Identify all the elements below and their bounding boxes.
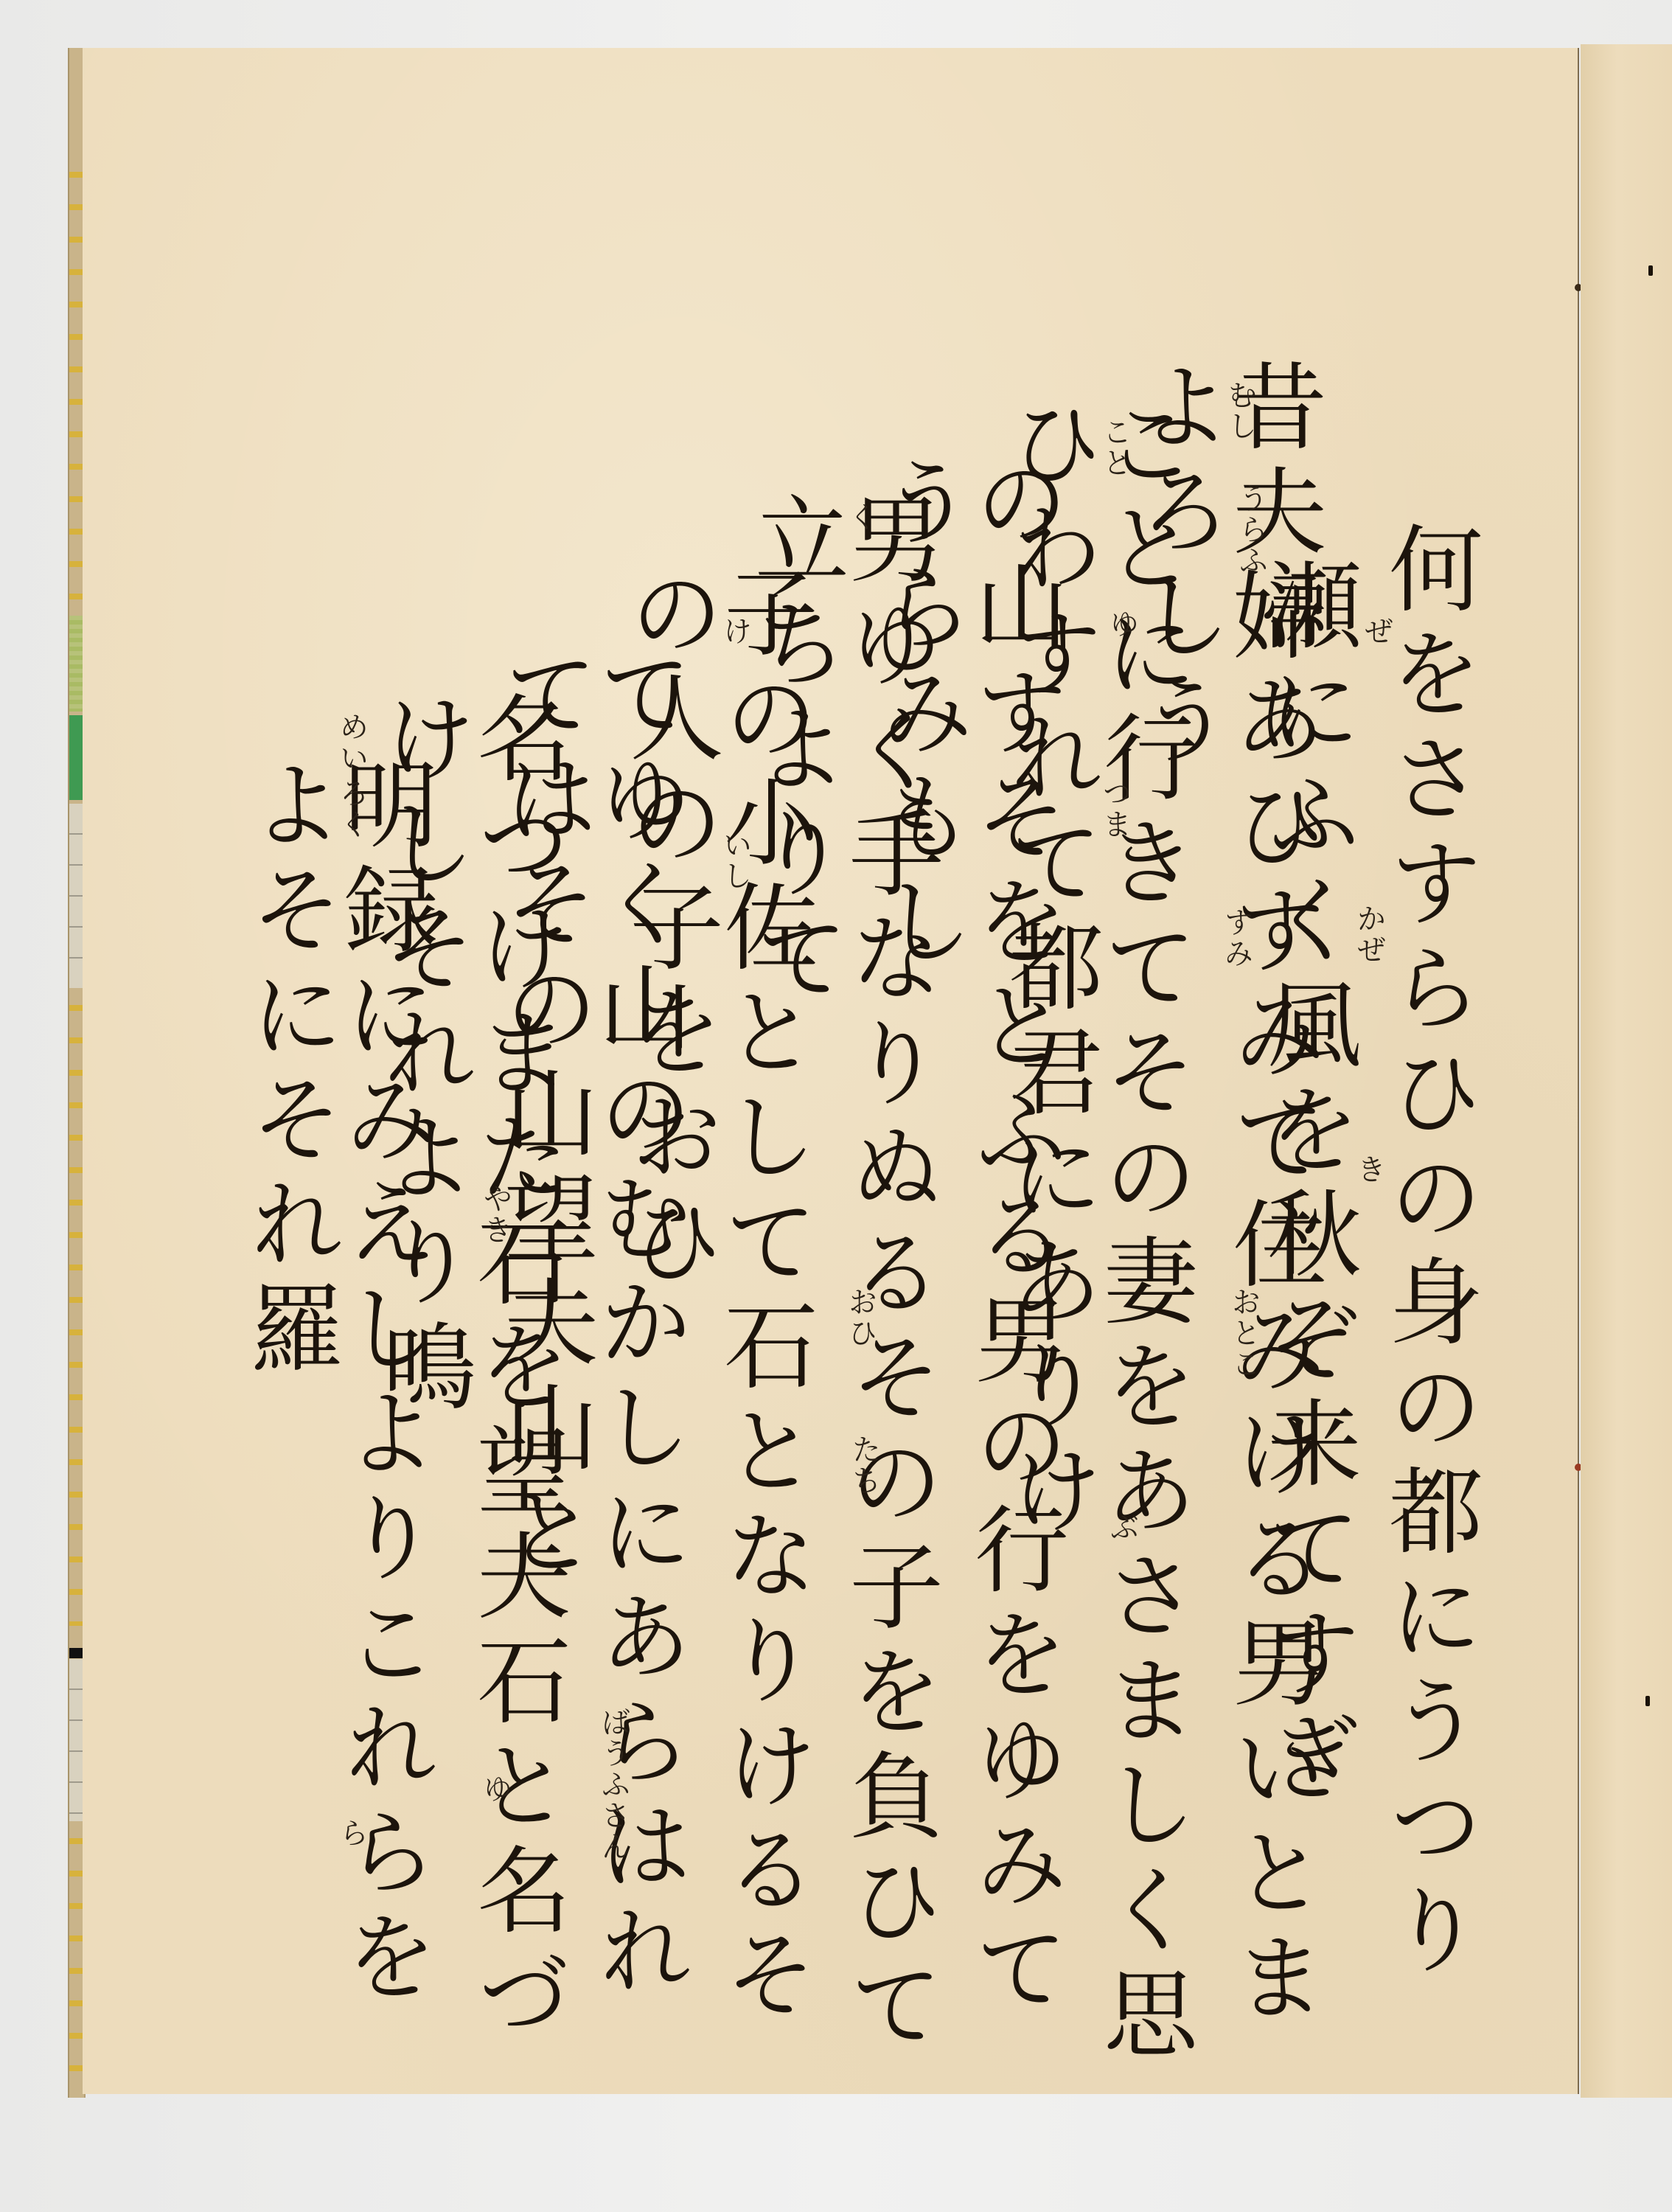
- furigana: たち: [849, 1434, 879, 1496]
- gold-fleck-segment: [69, 1825, 84, 2098]
- furigana: き: [1354, 1154, 1384, 1185]
- manuscript-page: 何をさすらひの身の都にうつり 瀬にふく風を秋ぞ来てすぎ ぜ かぜ き 昔夫婦あひ…: [83, 48, 1579, 2094]
- text-column-10: 明録にみえしよりこれらをよそにそれ羅: [241, 756, 430, 2094]
- furigana: つま: [1100, 778, 1129, 840]
- furigana: めい: [337, 712, 366, 773]
- furigana: ろく: [337, 778, 366, 840]
- ink-fleck: [1648, 265, 1653, 276]
- furigana: ら: [337, 1818, 366, 1848]
- furigana: おとこ: [1229, 1287, 1258, 1380]
- text-column-1: 何をさすらひの身の都にうつり: [1380, 520, 1474, 1986]
- furigana: く: [846, 501, 875, 532]
- furigana: け: [720, 616, 750, 647]
- furigana: すみ: [1222, 907, 1251, 969]
- furigana: ぶ: [1107, 1512, 1137, 1543]
- furigana: ゆ: [481, 1773, 510, 1804]
- furigana: おひ: [846, 1287, 875, 1349]
- paper-segment: [69, 804, 84, 988]
- light-green-segment: [69, 616, 84, 712]
- furigana: ばうふさん: [599, 1707, 628, 1862]
- black-mark: [69, 1648, 84, 1658]
- furigana: ゆ: [1107, 608, 1137, 639]
- furigana: いし: [720, 829, 750, 891]
- furigana: かぜ: [1354, 903, 1384, 965]
- gold-fleck-segment: [69, 992, 84, 1626]
- gold-fleck-segment: [69, 159, 84, 616]
- page-fold-line: [1578, 48, 1579, 2094]
- furigana: うらふ: [1236, 483, 1266, 576]
- furigana: やき: [481, 1183, 510, 1245]
- green-segment: [69, 715, 84, 800]
- furigana: こと: [1100, 417, 1129, 479]
- furigana: ぜ: [1362, 616, 1391, 647]
- adjacent-page-edge: [1581, 44, 1672, 2098]
- bleed-through-text: [1417, 159, 1498, 402]
- paper-segment: [69, 1659, 84, 1821]
- ink-fleck: [1645, 1696, 1650, 1706]
- furigana: むし: [1225, 380, 1255, 442]
